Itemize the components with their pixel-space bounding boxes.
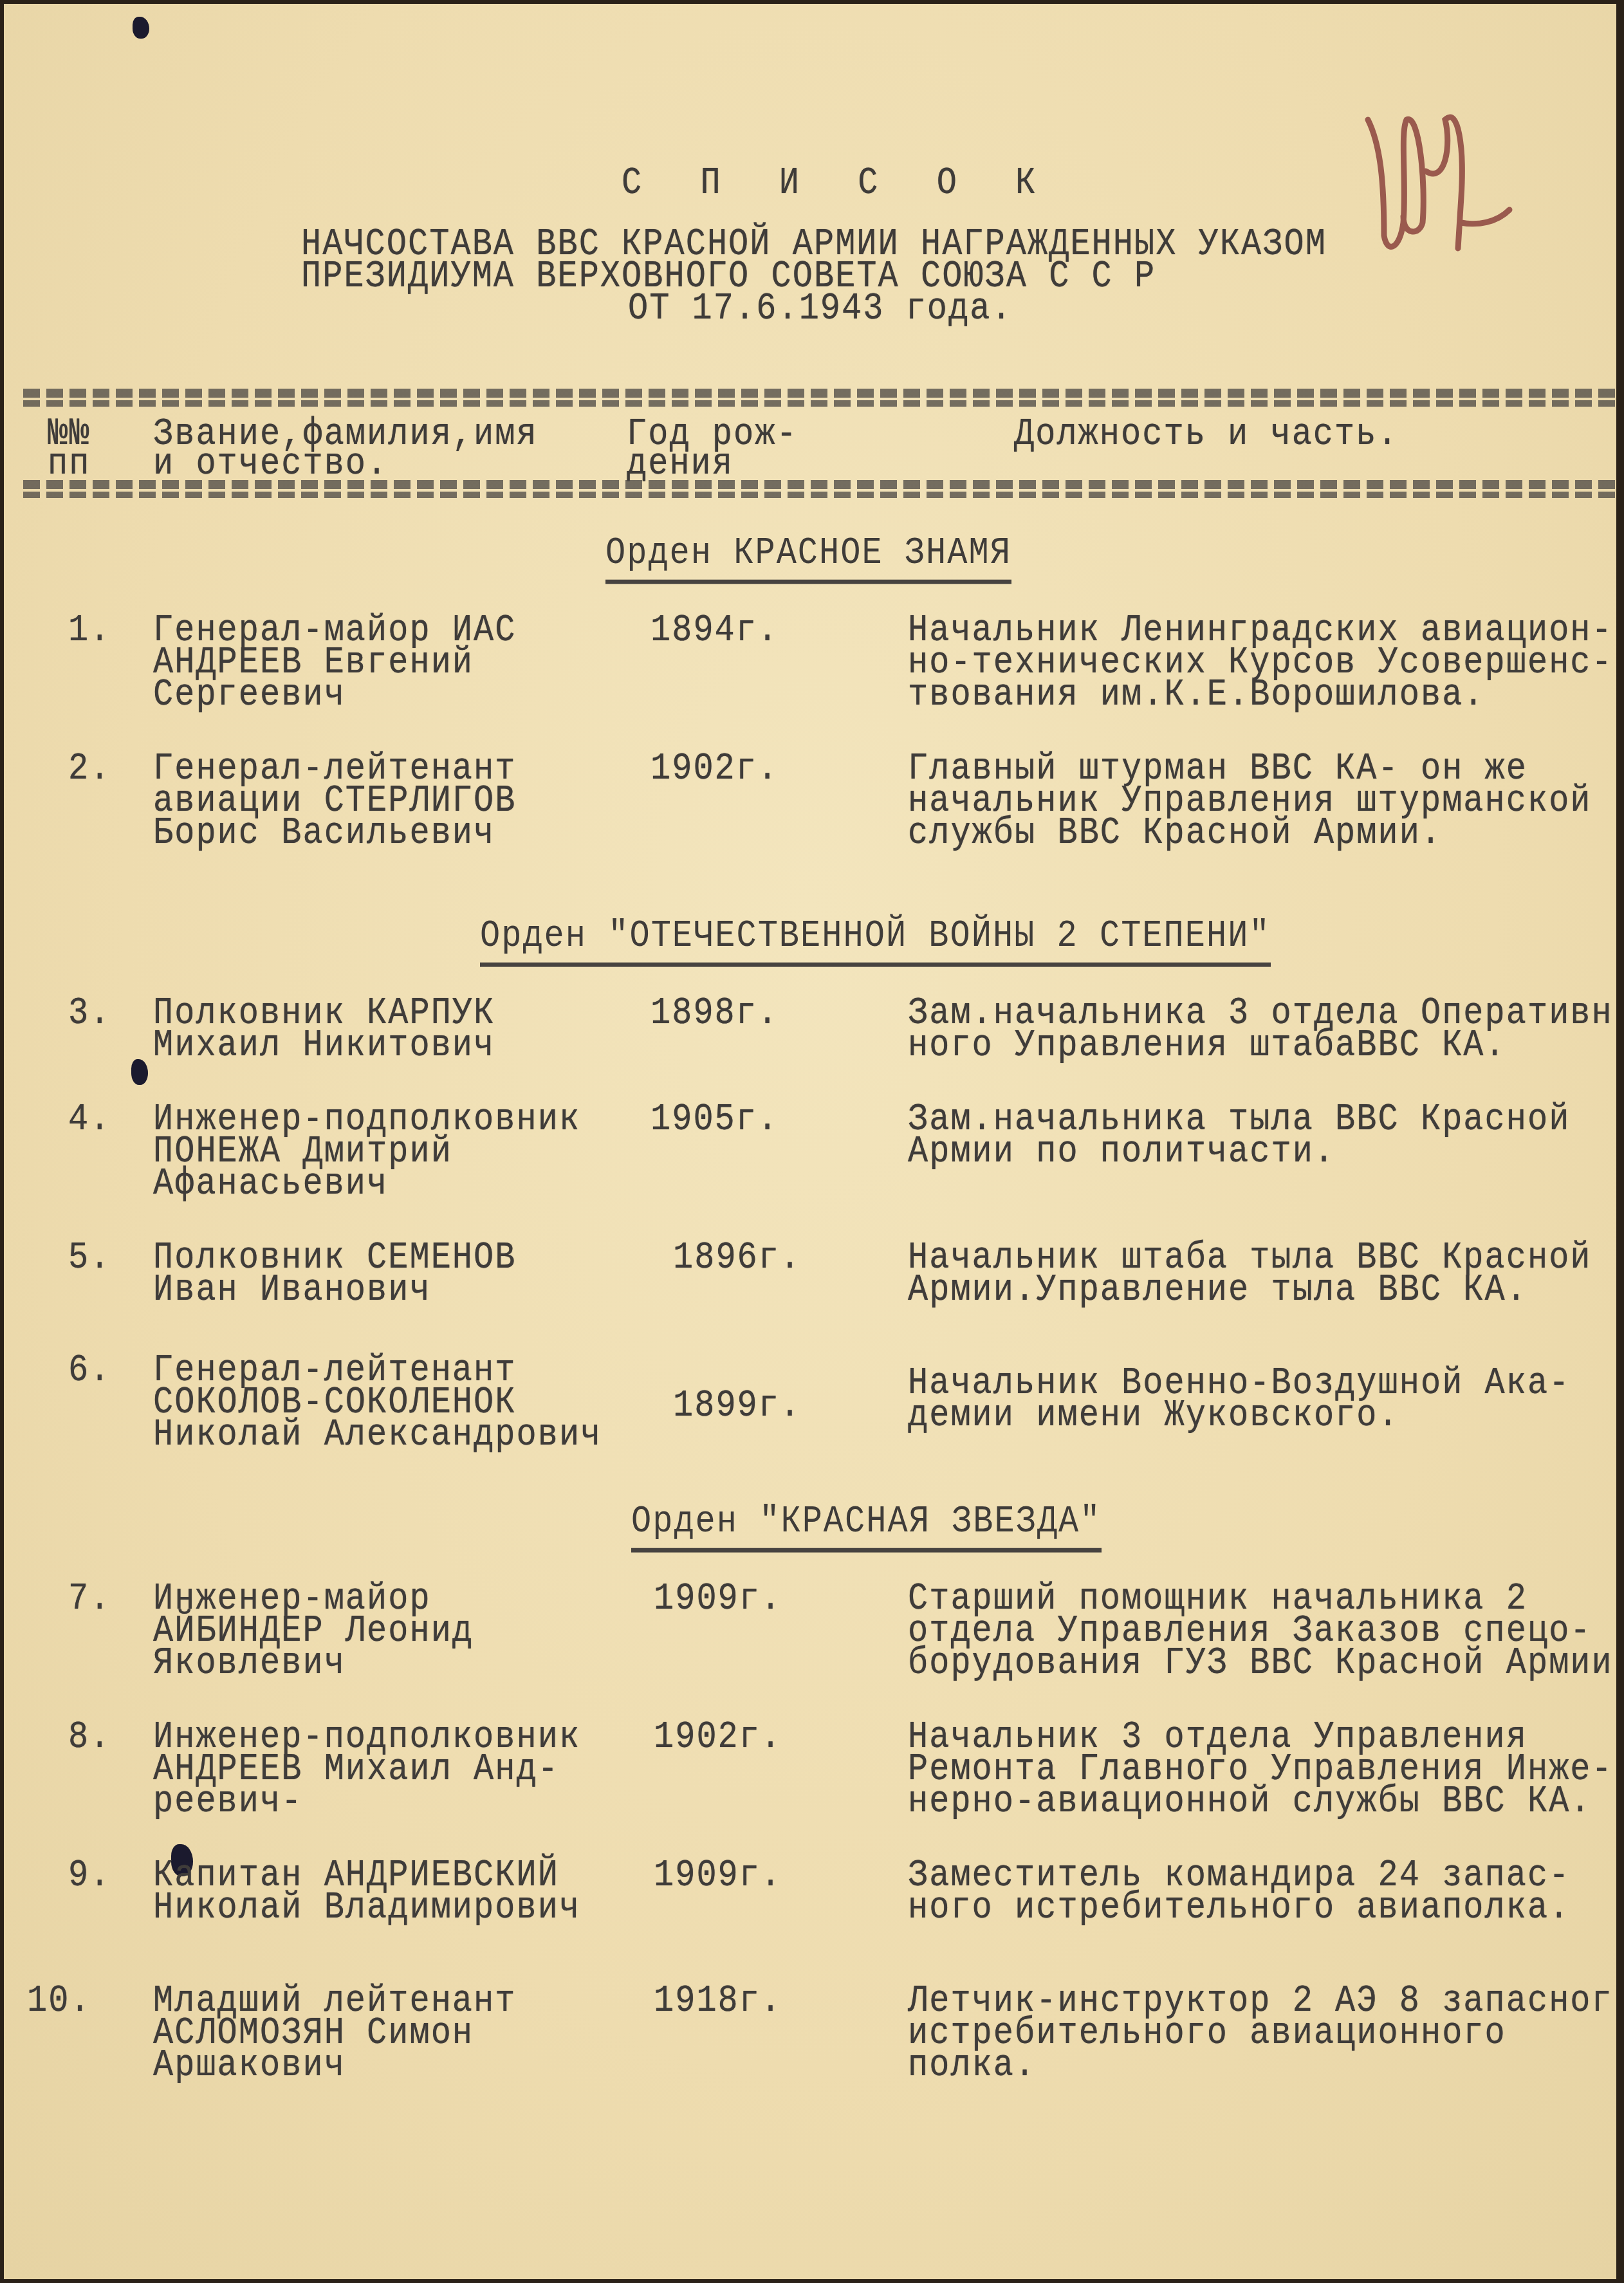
row-number: 9. (68, 1857, 111, 1894)
row-number: 5. (68, 1239, 111, 1277)
handwritten-page-number (1349, 107, 1529, 255)
col-header-num-2: пп (48, 445, 90, 483)
punch-hole-middle (131, 1059, 148, 1085)
name-line: Иван Иванович (153, 1271, 431, 1309)
birth-year: 1905г. (651, 1101, 779, 1138)
position-line: твования им.К.Е.Ворошилова. (908, 676, 1485, 714)
row-number: 3. (68, 995, 111, 1032)
row-number: 7. (68, 1580, 111, 1618)
position-line: ного истребительного авиаполка. (908, 1889, 1570, 1927)
row-number: 2. (68, 750, 111, 788)
birth-year: 1896г. (673, 1239, 801, 1277)
birth-year: 1909г. (654, 1580, 782, 1618)
birth-year: 1918г. (654, 1983, 782, 2020)
name-line: реевич- (153, 1783, 302, 1820)
table-header-bottom-rule (23, 480, 1619, 489)
name-line: Яковлевич (153, 1645, 346, 1682)
name-line: Афанасьевич (153, 1165, 388, 1203)
position-line: борудования ГУЗ ВВС Красной Армии (908, 1645, 1613, 1682)
section-title-red-banner: Орден КРАСНОЕ ЗНАМЯ (605, 531, 1011, 584)
row-number: 4. (68, 1101, 111, 1138)
name-line: Борис Васильевич (153, 815, 495, 852)
position-line: нерно-авиационной службы ВВС КА. (908, 1783, 1592, 1820)
document-title: С П И С О К (622, 165, 1055, 202)
birth-year: 1902г. (651, 750, 779, 788)
name-line: Николай Александрович (153, 1416, 602, 1454)
name-line: Михаил Никитович (153, 1027, 495, 1064)
row-number: 6. (68, 1352, 111, 1389)
birth-year: 1909г. (654, 1857, 782, 1894)
section-title-red-star: Орден "КРАСНАЯ ЗВЕЗДА" (631, 1500, 1102, 1553)
punch-hole-top (133, 17, 149, 39)
name-line: Аршакович (153, 2047, 346, 2084)
position-line: службы ВВС Красной Армии. (908, 815, 1442, 852)
col-header-position: Должность и часть. (1014, 416, 1399, 453)
table-header-bottom-rule-2 (23, 492, 1619, 498)
section-title-patriotic-war: Орден "ОТЕЧЕСТВЕННОЙ ВОЙНЫ 2 СТЕПЕНИ" (480, 914, 1271, 967)
subtitle-line-3: ОТ 17.6.1943 года. (628, 290, 1013, 328)
birth-year: 1898г. (651, 995, 779, 1032)
col-header-name-2: и отчество. (153, 445, 388, 483)
name-line: Николай Владимирович (153, 1889, 580, 1927)
table-top-rule-2 (23, 400, 1619, 407)
table-top-rule (23, 389, 1619, 398)
position-line: ного Управления штабаВВС КА. (908, 1027, 1506, 1064)
name-line: Сергеевич (153, 676, 346, 714)
row-number: 1. (68, 612, 111, 649)
birth-year: 1894г. (651, 612, 779, 649)
position-line: Армии.Управление тыла ВВС КА. (908, 1271, 1527, 1309)
document-page: С П И С О К НАЧСОСТАВА ВВС КРАСНОЙ АРМИИ… (4, 4, 1616, 2279)
position-line: Армии по политчасти. (908, 1133, 1335, 1170)
col-header-year-2: дения (627, 445, 734, 483)
position-line: полка. (908, 2047, 1036, 2084)
row-number: 8. (68, 1719, 111, 1756)
birth-year: 1902г. (654, 1719, 782, 1756)
row-number: 10. (27, 1983, 91, 2020)
position-line: демии имени Жуковского. (908, 1397, 1399, 1434)
birth-year: 1899г. (673, 1387, 801, 1425)
